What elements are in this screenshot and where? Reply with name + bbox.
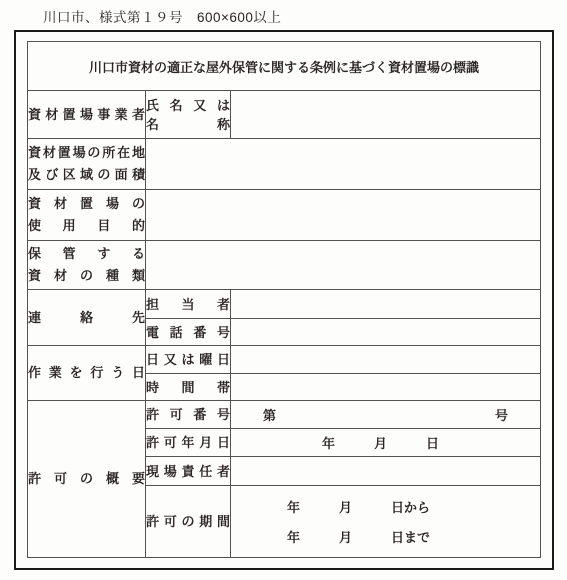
permit-date-label-cell: 許可年月日 <box>146 429 231 457</box>
permit-period-value-cell: 年 月 日から 年 月 日まで <box>231 486 541 558</box>
operator-name-value-cell <box>231 91 541 139</box>
purpose-value-cell <box>146 190 541 241</box>
workdays-days-label: 日又は曜日 <box>146 350 230 369</box>
permit-period-label-cell: 許可の期間 <box>146 486 231 558</box>
workdays-hours-label: 時間帯 <box>146 378 230 397</box>
sign-board-frame: 川口市資材の適正な屋外保管に関する条例に基づく資材置場の標識 資材置場事業者 氏… <box>14 30 554 570</box>
purpose-label-cell: 資材置場の 使用目的 <box>28 190 146 241</box>
materials-value-cell <box>146 241 541 290</box>
permit-period-to-line: 年 月 日まで <box>231 527 486 546</box>
permit-date-value-cell: 年 月 日 <box>231 429 541 457</box>
workdays-hours-value-cell <box>231 374 541 401</box>
permit-period-label: 許可の期間 <box>146 512 230 531</box>
sign-title: 川口市資材の適正な屋外保管に関する条例に基づく資材置場の標識 <box>28 42 541 91</box>
purpose-label-line1: 資材置場の <box>28 193 145 215</box>
operator-name-label-line2: 名称 <box>146 115 230 134</box>
location-label-cell: 資材置場の所在地 及び区域の面積 <box>28 139 146 190</box>
permit-number-value-cell: 第 号 <box>231 401 541 429</box>
permit-date-placeholder: 年 月 日 <box>231 433 540 452</box>
operator-name-label-cell: 氏名又は 名称 <box>146 91 231 139</box>
contact-phone-label: 電話番号 <box>146 323 230 342</box>
workdays-days-label-cell: 日又は曜日 <box>146 346 231 374</box>
location-label-line1: 資材置場の所在地 <box>28 142 145 164</box>
workdays-hours-label-cell: 時間帯 <box>146 374 231 401</box>
workdays-label: 作業を行う日 <box>28 362 145 384</box>
operator-name-label-line1: 氏名又は <box>146 96 230 115</box>
operator-label: 資材置場事業者 <box>28 104 145 126</box>
materials-label-line2: 資材の種類 <box>28 265 145 287</box>
sign-form-table: 川口市資材の適正な屋外保管に関する条例に基づく資材置場の標識 資材置場事業者 氏… <box>27 41 541 558</box>
permit-manager-label: 現場責任者 <box>146 462 230 481</box>
operator-label-cell: 資材置場事業者 <box>28 91 146 139</box>
permit-label: 許可の概要 <box>28 468 145 490</box>
materials-label-line1: 保管する <box>28 243 145 265</box>
permit-manager-label-cell: 現場責任者 <box>146 457 231 486</box>
materials-label-cell: 保管する 資材の種類 <box>28 241 146 290</box>
workdays-days-value-cell <box>231 346 541 374</box>
workdays-label-cell: 作業を行う日 <box>28 346 146 401</box>
location-value-cell <box>146 139 541 190</box>
permit-date-label: 許可年月日 <box>146 433 230 452</box>
permit-number-prefix: 第 <box>263 405 276 424</box>
contact-person-label-cell: 担当者 <box>146 290 231 319</box>
permit-number-suffix: 号 <box>495 405 508 424</box>
permit-number-label-cell: 許可番号 <box>146 401 231 429</box>
permit-manager-value-cell <box>231 457 541 486</box>
location-label-line2: 及び区域の面積 <box>28 164 145 186</box>
permit-period-from-line: 年 月 日から <box>231 497 486 516</box>
permit-label-cell: 許可の概要 <box>28 401 146 558</box>
permit-number-label: 許可番号 <box>146 405 230 424</box>
contact-person-value-cell <box>231 290 541 319</box>
contact-label-cell: 連絡先 <box>28 290 146 346</box>
form-header-note: 川口市、様式第１９号 600×600以上 <box>43 6 281 26</box>
purpose-label-line2: 使用目的 <box>28 215 145 237</box>
contact-label: 連絡先 <box>28 307 145 329</box>
contact-phone-label-cell: 電話番号 <box>146 319 231 346</box>
contact-phone-value-cell <box>231 319 541 346</box>
contact-person-label: 担当者 <box>146 295 230 314</box>
